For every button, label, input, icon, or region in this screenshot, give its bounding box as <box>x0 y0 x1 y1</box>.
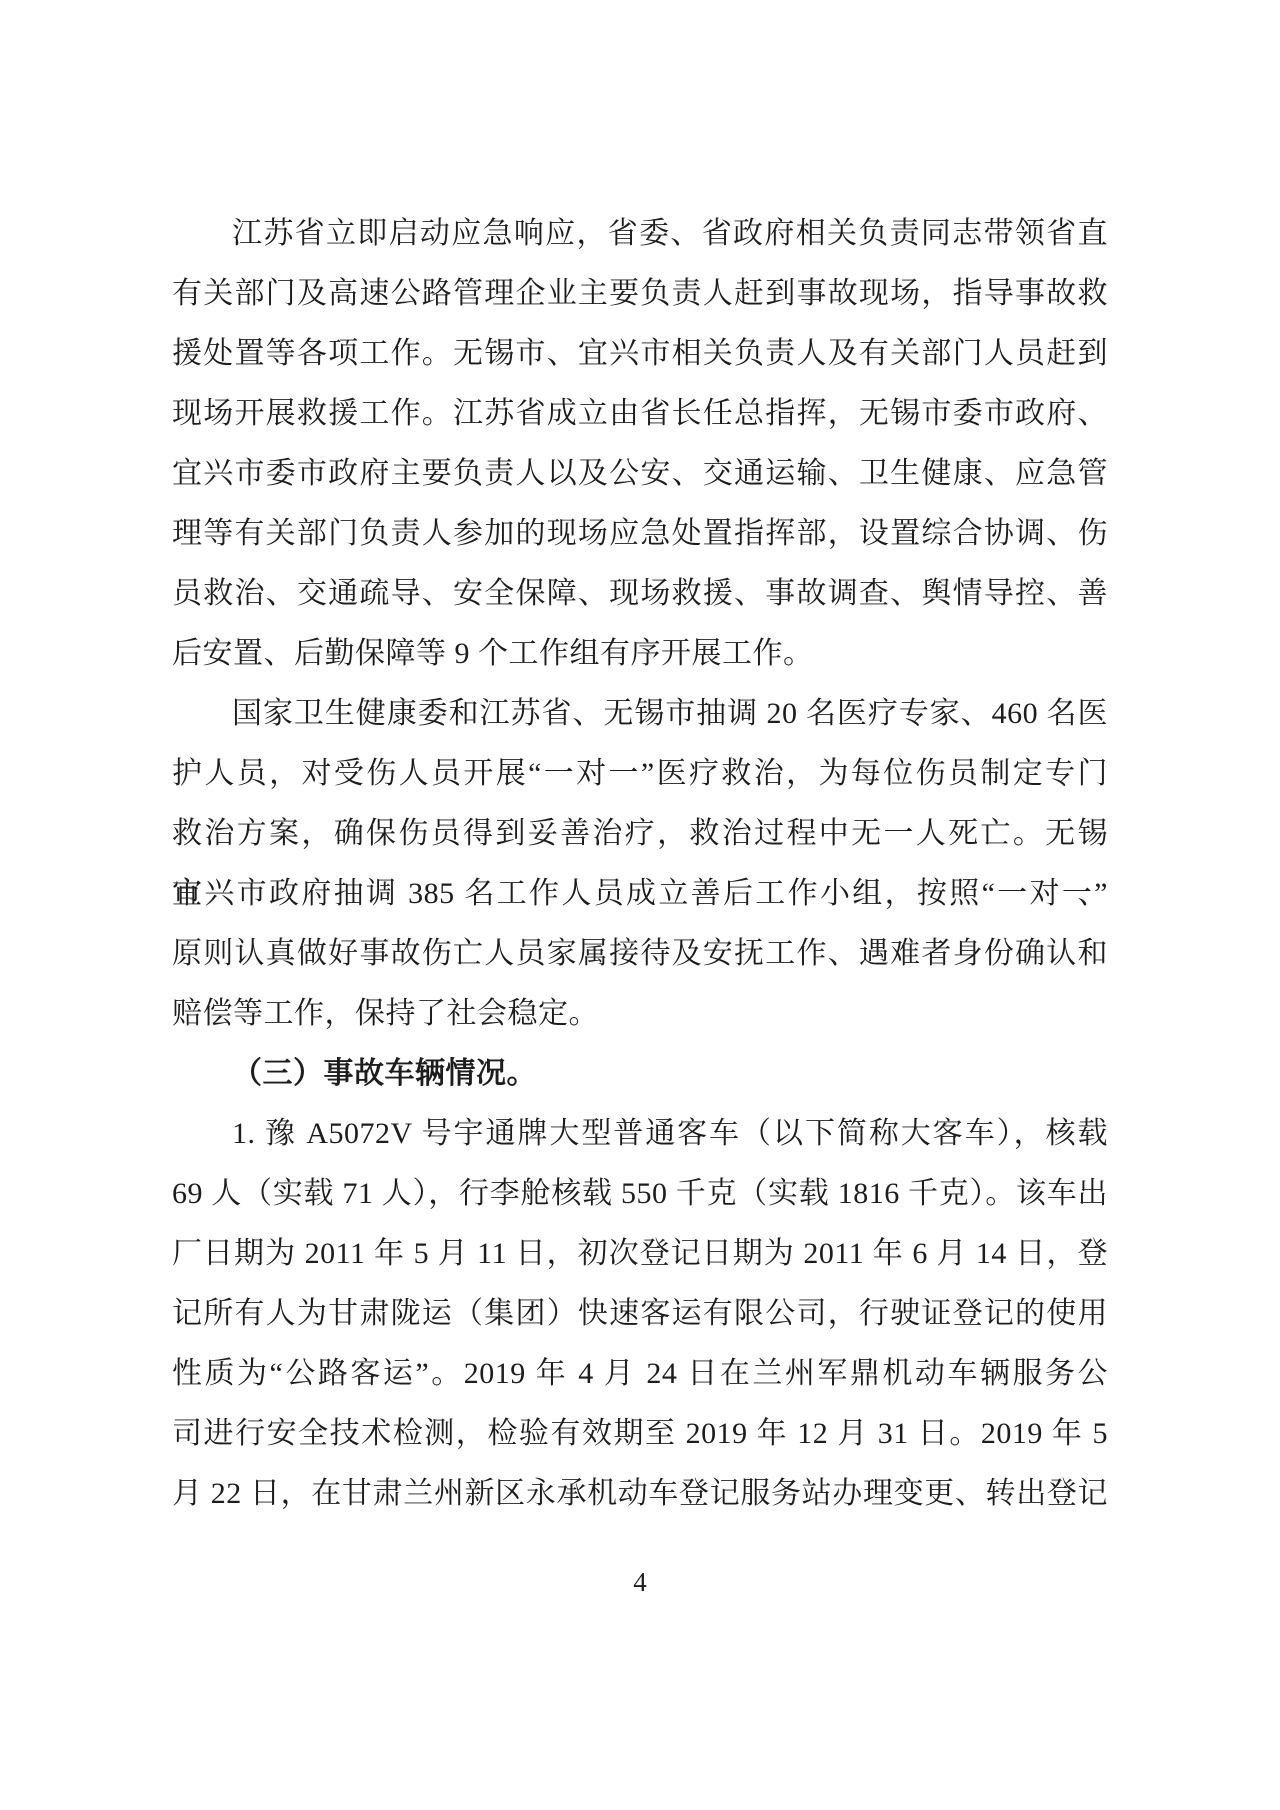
text-line: 司进行安全技术检测，检验有效期至 2019 年 12 月 31 日。2019 年… <box>172 1404 1108 1464</box>
text-line: 69 人（实载 71 人），行李舱核载 550 千克（实载 1816 千克）。该… <box>172 1164 1108 1224</box>
section-heading: （三）事故车辆情况。 <box>172 1044 1108 1104</box>
text-line: 护人员，对受伤人员开展“一对一”医疗救治，为每位伤员制定专门 <box>172 744 1108 804</box>
text-line: 员救治、交通疏导、安全保障、现场救援、事故调查、舆情导控、善 <box>172 564 1108 624</box>
text-line: 记所有人为甘肃陇运（集团）快速客运有限公司，行驶证登记的使用 <box>172 1284 1108 1344</box>
document-page: 江苏省立即启动应急响应，省委、省政府相关负责同志带领省直 有关部门及高速公路管理… <box>0 0 1280 1810</box>
text-line: 援处置等各项工作。无锡市、宜兴市相关负责人及有关部门人员赶到 <box>172 324 1108 384</box>
text-line: 国家卫生健康委和江苏省、无锡市抽调 20 名医疗专家、460 名医 <box>172 684 1108 744</box>
text-line: 宜兴市政府抽调 385 名工作人员成立善后工作小组，按照“一对一” <box>172 864 1108 924</box>
text-line: 原则认真做好事故伤亡人员家属接待及安抚工作、遇难者身份确认和 <box>172 924 1108 984</box>
paragraph-1: 江苏省立即启动应急响应，省委、省政府相关负责同志带领省直 有关部门及高速公路管理… <box>172 204 1108 684</box>
text-line: 后安置、后勤保障等 9 个工作组有序开展工作。 <box>172 624 1108 684</box>
document-content: 江苏省立即启动应急响应，省委、省政府相关负责同志带领省直 有关部门及高速公路管理… <box>172 204 1108 1524</box>
text-line: 理等有关部门负责人参加的现场应急处置指挥部，设置综合协调、伤 <box>172 504 1108 564</box>
text-line: 月 22 日，在甘肃兰州新区永承机动车登记服务站办理变更、转出登记 <box>172 1464 1108 1524</box>
text-line: 有关部门及高速公路管理企业主要负责人赶到事故现场，指导事故救 <box>172 264 1108 324</box>
text-line: 赔偿等工作，保持了社会稳定。 <box>172 984 1108 1044</box>
text-line: 厂日期为 2011 年 5 月 11 日，初次登记日期为 2011 年 6 月 … <box>172 1224 1108 1284</box>
paragraph-2: 国家卫生健康委和江苏省、无锡市抽调 20 名医疗专家、460 名医 护人员，对受… <box>172 684 1108 1044</box>
text-line: 性质为“公路客运”。2019 年 4 月 24 日在兰州军鼎机动车辆服务公 <box>172 1344 1108 1404</box>
text-line: 江苏省立即启动应急响应，省委、省政府相关负责同志带领省直 <box>172 204 1108 264</box>
text-line: 宜兴市委市政府主要负责人以及公安、交通运输、卫生健康、应急管 <box>172 444 1108 504</box>
paragraph-3: 1. 豫 A5072V 号宇通牌大型普通客车（以下简称大客车），核载 69 人（… <box>172 1104 1108 1524</box>
text-line: 1. 豫 A5072V 号宇通牌大型普通客车（以下简称大客车），核载 <box>172 1104 1108 1164</box>
text-line: 现场开展救援工作。江苏省成立由省长任总指挥，无锡市委市政府、 <box>172 384 1108 444</box>
page-number: 4 <box>0 1552 1280 1612</box>
text-line: 救治方案，确保伤员得到妥善治疗，救治过程中无一人死亡。无锡市、 <box>172 804 1108 864</box>
